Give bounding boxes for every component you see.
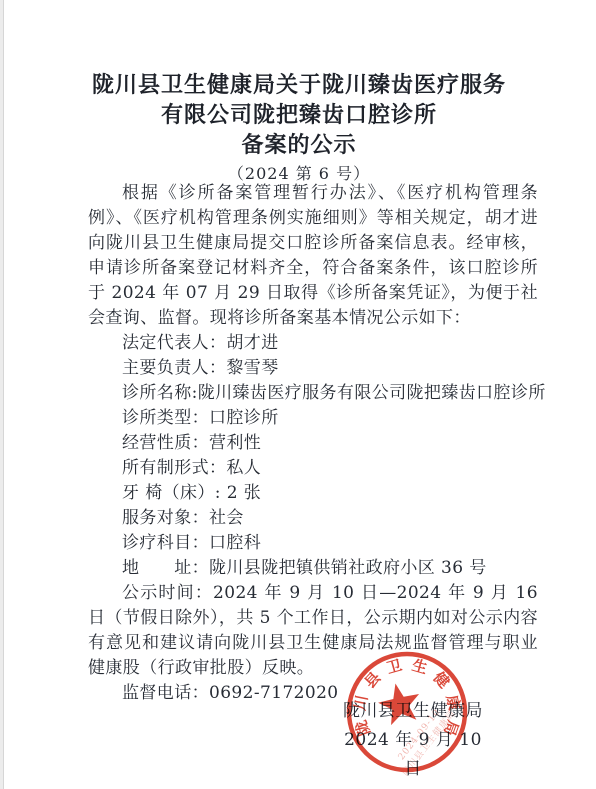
detail-principal: 主要负责人：黎雪琴 (88, 356, 538, 381)
detail-dental-chairs: 牙 椅（床）: 2 张 (88, 481, 538, 506)
signature-agency: 陇川县卫生健康局 (338, 697, 488, 726)
title-line-1: 陇川县卫生健康局关于陇川臻齿医疗服务 (60, 70, 538, 100)
detail-business-nature: 经营性质：营利性 (88, 431, 538, 456)
document-body: 根据《诊所备案管理暂行办法》、《医疗机构管理条例》、《医疗机构管理条例实施细则》… (88, 181, 538, 706)
detail-treatment-subjects: 诊疗科目：口腔科 (88, 531, 538, 556)
signature-date: 2024 年 9 月 10 日 (338, 726, 488, 784)
detail-service-target: 服务对象：社会 (88, 506, 538, 531)
signature-block: 陇川县卫生健康局 2024 年 9 月 10 日 (338, 697, 488, 784)
detail-address: 地 址：陇川县陇把镇供销社政府小区 36 号 (88, 556, 538, 581)
title-line-3: 备案的公示 (60, 130, 538, 160)
detail-ownership-form: 所有制形式：私人 (88, 456, 538, 481)
intro-paragraph: 根据《诊所备案管理暂行办法》、《医疗机构管理条例》、《医疗机构管理条例实施细则》… (88, 181, 538, 331)
title-line-2: 有限公司陇把臻齿口腔诊所 (60, 100, 538, 130)
detail-clinic-name: 诊所名称:陇川臻齿医疗服务有限公司陇把臻齿口腔诊所 (88, 381, 538, 406)
scanned-document-page: { "document": { "title_line1": "陇川县卫生健康局… (0, 0, 596, 789)
notice-paragraph: 公示时间：2024 年 9 月 10 日—2024 年 9 月 16 日（节假日… (88, 581, 538, 681)
page-left-edge (0, 0, 4, 789)
detail-clinic-type: 诊所类型：口腔诊所 (88, 406, 538, 431)
detail-legal-representative: 法定代表人：胡才进 (88, 331, 538, 356)
document-title: 陇川县卫生健康局关于陇川臻齿医疗服务 有限公司陇把臻齿口腔诊所 备案的公示 （2… (60, 70, 538, 186)
